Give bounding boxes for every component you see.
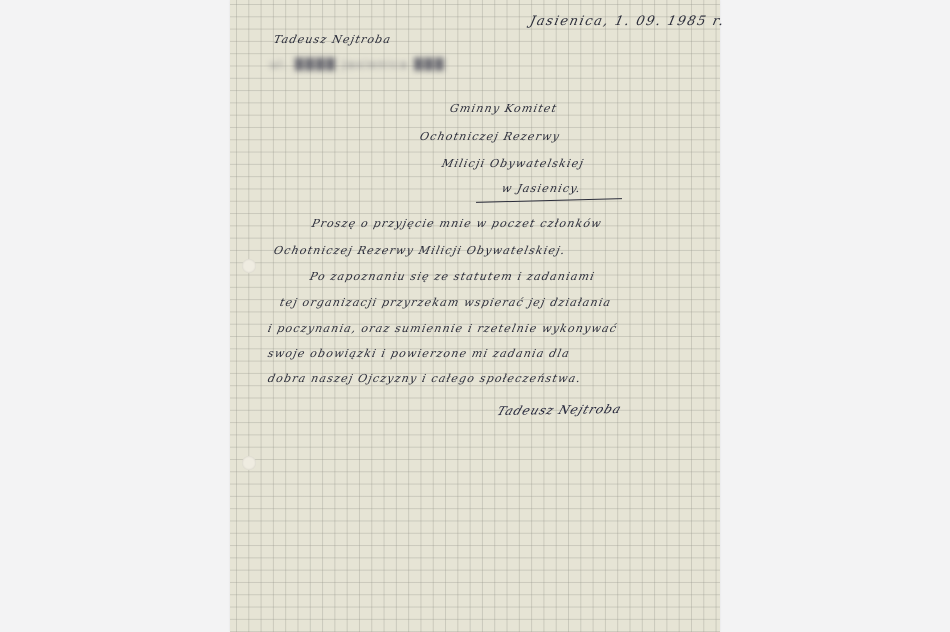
body-line-7: dobra naszej Ojczyzny i całego społeczeń…	[267, 372, 583, 385]
body-line-6: swoje obowiązki i powierzone mi zadania …	[267, 347, 572, 360]
letter-page: Jasienica, 1. 09. 1985 r. Tadeusz Nejtro…	[230, 0, 720, 632]
body-line-5: i poczynania, oraz sumiennie i rzetelnie…	[267, 322, 619, 335]
body-line-4: tej organizacji przyrzekam wspierać jej …	[279, 296, 613, 309]
place-date: Jasienica, 1. 09. 1985 r.	[528, 14, 726, 29]
recipient-line-2: Ochotniczej Rezerwy	[419, 130, 562, 143]
body-line-1: Proszę o przyjęcie mnie w poczet członkó…	[311, 217, 604, 230]
punch-hole-top	[242, 259, 256, 273]
body-line-2: Ochotniczej Rezerwy Milicji Obywatelskie…	[273, 244, 567, 257]
recipient-line-1: Gminny Komitet	[449, 102, 559, 115]
punch-hole-bottom	[242, 456, 256, 470]
recipient-line-3: Milicji Obywatelskiej	[441, 157, 586, 170]
body-line-3: Po zapoznaniu się ze statutem i zadaniam…	[309, 270, 597, 283]
sender-name: Tadeusz Nejtroba	[273, 33, 393, 46]
sender-address-redacted: ul. ████ Jasienica ███	[270, 58, 380, 70]
signature: Tadeusz Nejtroba	[495, 402, 624, 418]
recipient-line-4: w Jasienicy.	[501, 182, 583, 195]
recipient-underline	[476, 198, 622, 203]
